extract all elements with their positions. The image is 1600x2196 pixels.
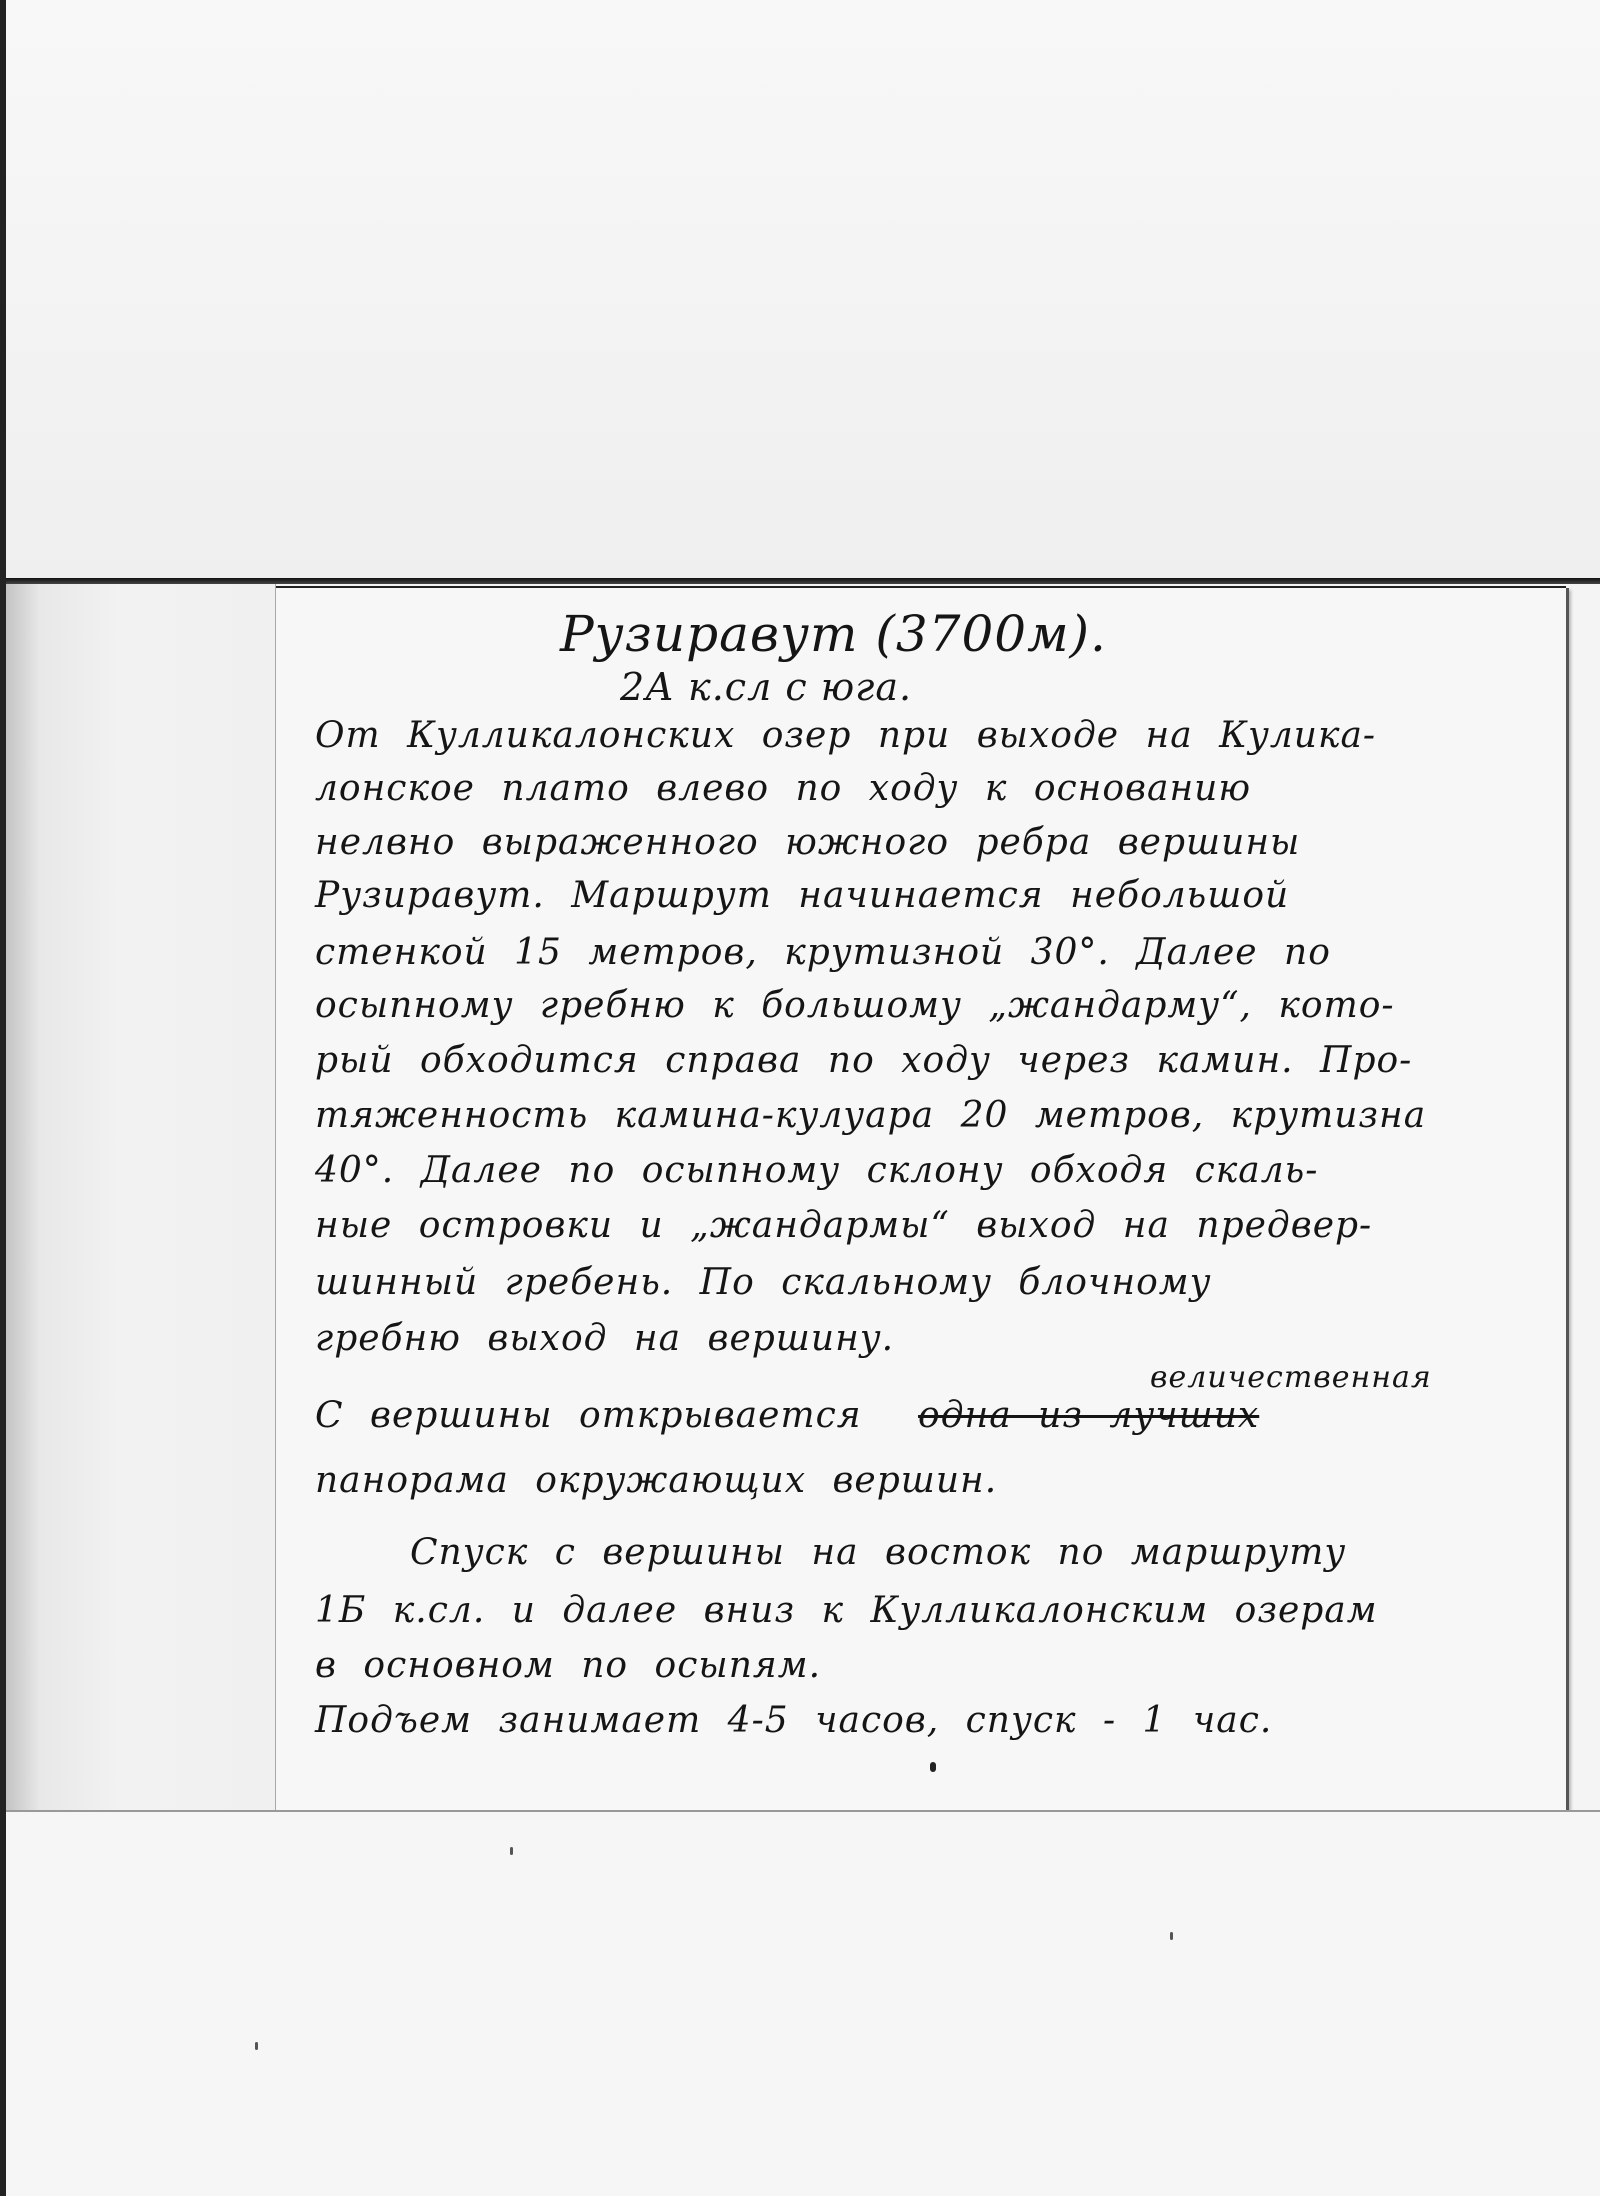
text-line: лонское плато влево по ходу к основанию bbox=[315, 768, 1251, 809]
text-line: осыпному гребню к большому „жандарму“, к… bbox=[315, 985, 1395, 1026]
text-line: панорама окружающих вершин. bbox=[315, 1460, 997, 1501]
text-line: шинный гребень. По скальному блочному bbox=[315, 1262, 1211, 1303]
text-line: нелвно выраженного южного ребра вершины bbox=[315, 822, 1300, 863]
struck-text: одна из лучших bbox=[918, 1395, 1259, 1436]
text-line: ные островки и „жандармы“ выход на предв… bbox=[315, 1205, 1372, 1246]
bottom-page bbox=[0, 1810, 1600, 2196]
text-line: гребню выход на вершину. bbox=[315, 1318, 894, 1359]
inserted-word: величественная bbox=[1150, 1360, 1432, 1395]
scan-edge bbox=[0, 0, 6, 2196]
text-line: в основном по осыпям. bbox=[315, 1645, 821, 1686]
ink-speck bbox=[1170, 1932, 1173, 1940]
ink-speck bbox=[510, 1847, 513, 1855]
left-page-margin bbox=[0, 584, 276, 1814]
text-line: Подъем занимает 4-5 часов, спуск - 1 час… bbox=[315, 1700, 1272, 1741]
text-segment: С вершины открывается bbox=[315, 1395, 862, 1436]
top-sheet bbox=[0, 0, 1600, 580]
ink-dot bbox=[930, 1762, 936, 1772]
text-line: стенкой 15 метров, крутизной 30°. Далее … bbox=[315, 932, 1331, 973]
text-line: Рузиравут. Маршрут начинается небольшой bbox=[315, 875, 1289, 916]
text-line: Спуск с вершины на восток по маршруту bbox=[410, 1532, 1346, 1573]
text-line: 40°. Далее по осыпному склону обходя ска… bbox=[315, 1150, 1318, 1191]
text-line: С вершины открывается одна из лучших bbox=[315, 1395, 1259, 1436]
ink-speck bbox=[255, 2042, 258, 2050]
text-line: рый обходится справа по ходу через камин… bbox=[315, 1040, 1412, 1081]
route-grade: 2А к.сл с юга. bbox=[620, 665, 912, 709]
document-title: Рузиравут (3700м). bbox=[560, 605, 1107, 663]
text-line: От Кулликалонских озер при выходе на Кул… bbox=[315, 715, 1376, 756]
text-line: 1Б к.сл. и далее вниз к Кулликалонским о… bbox=[315, 1590, 1378, 1631]
text-line: тяженность камина-кулуара 20 метров, кру… bbox=[315, 1095, 1426, 1136]
